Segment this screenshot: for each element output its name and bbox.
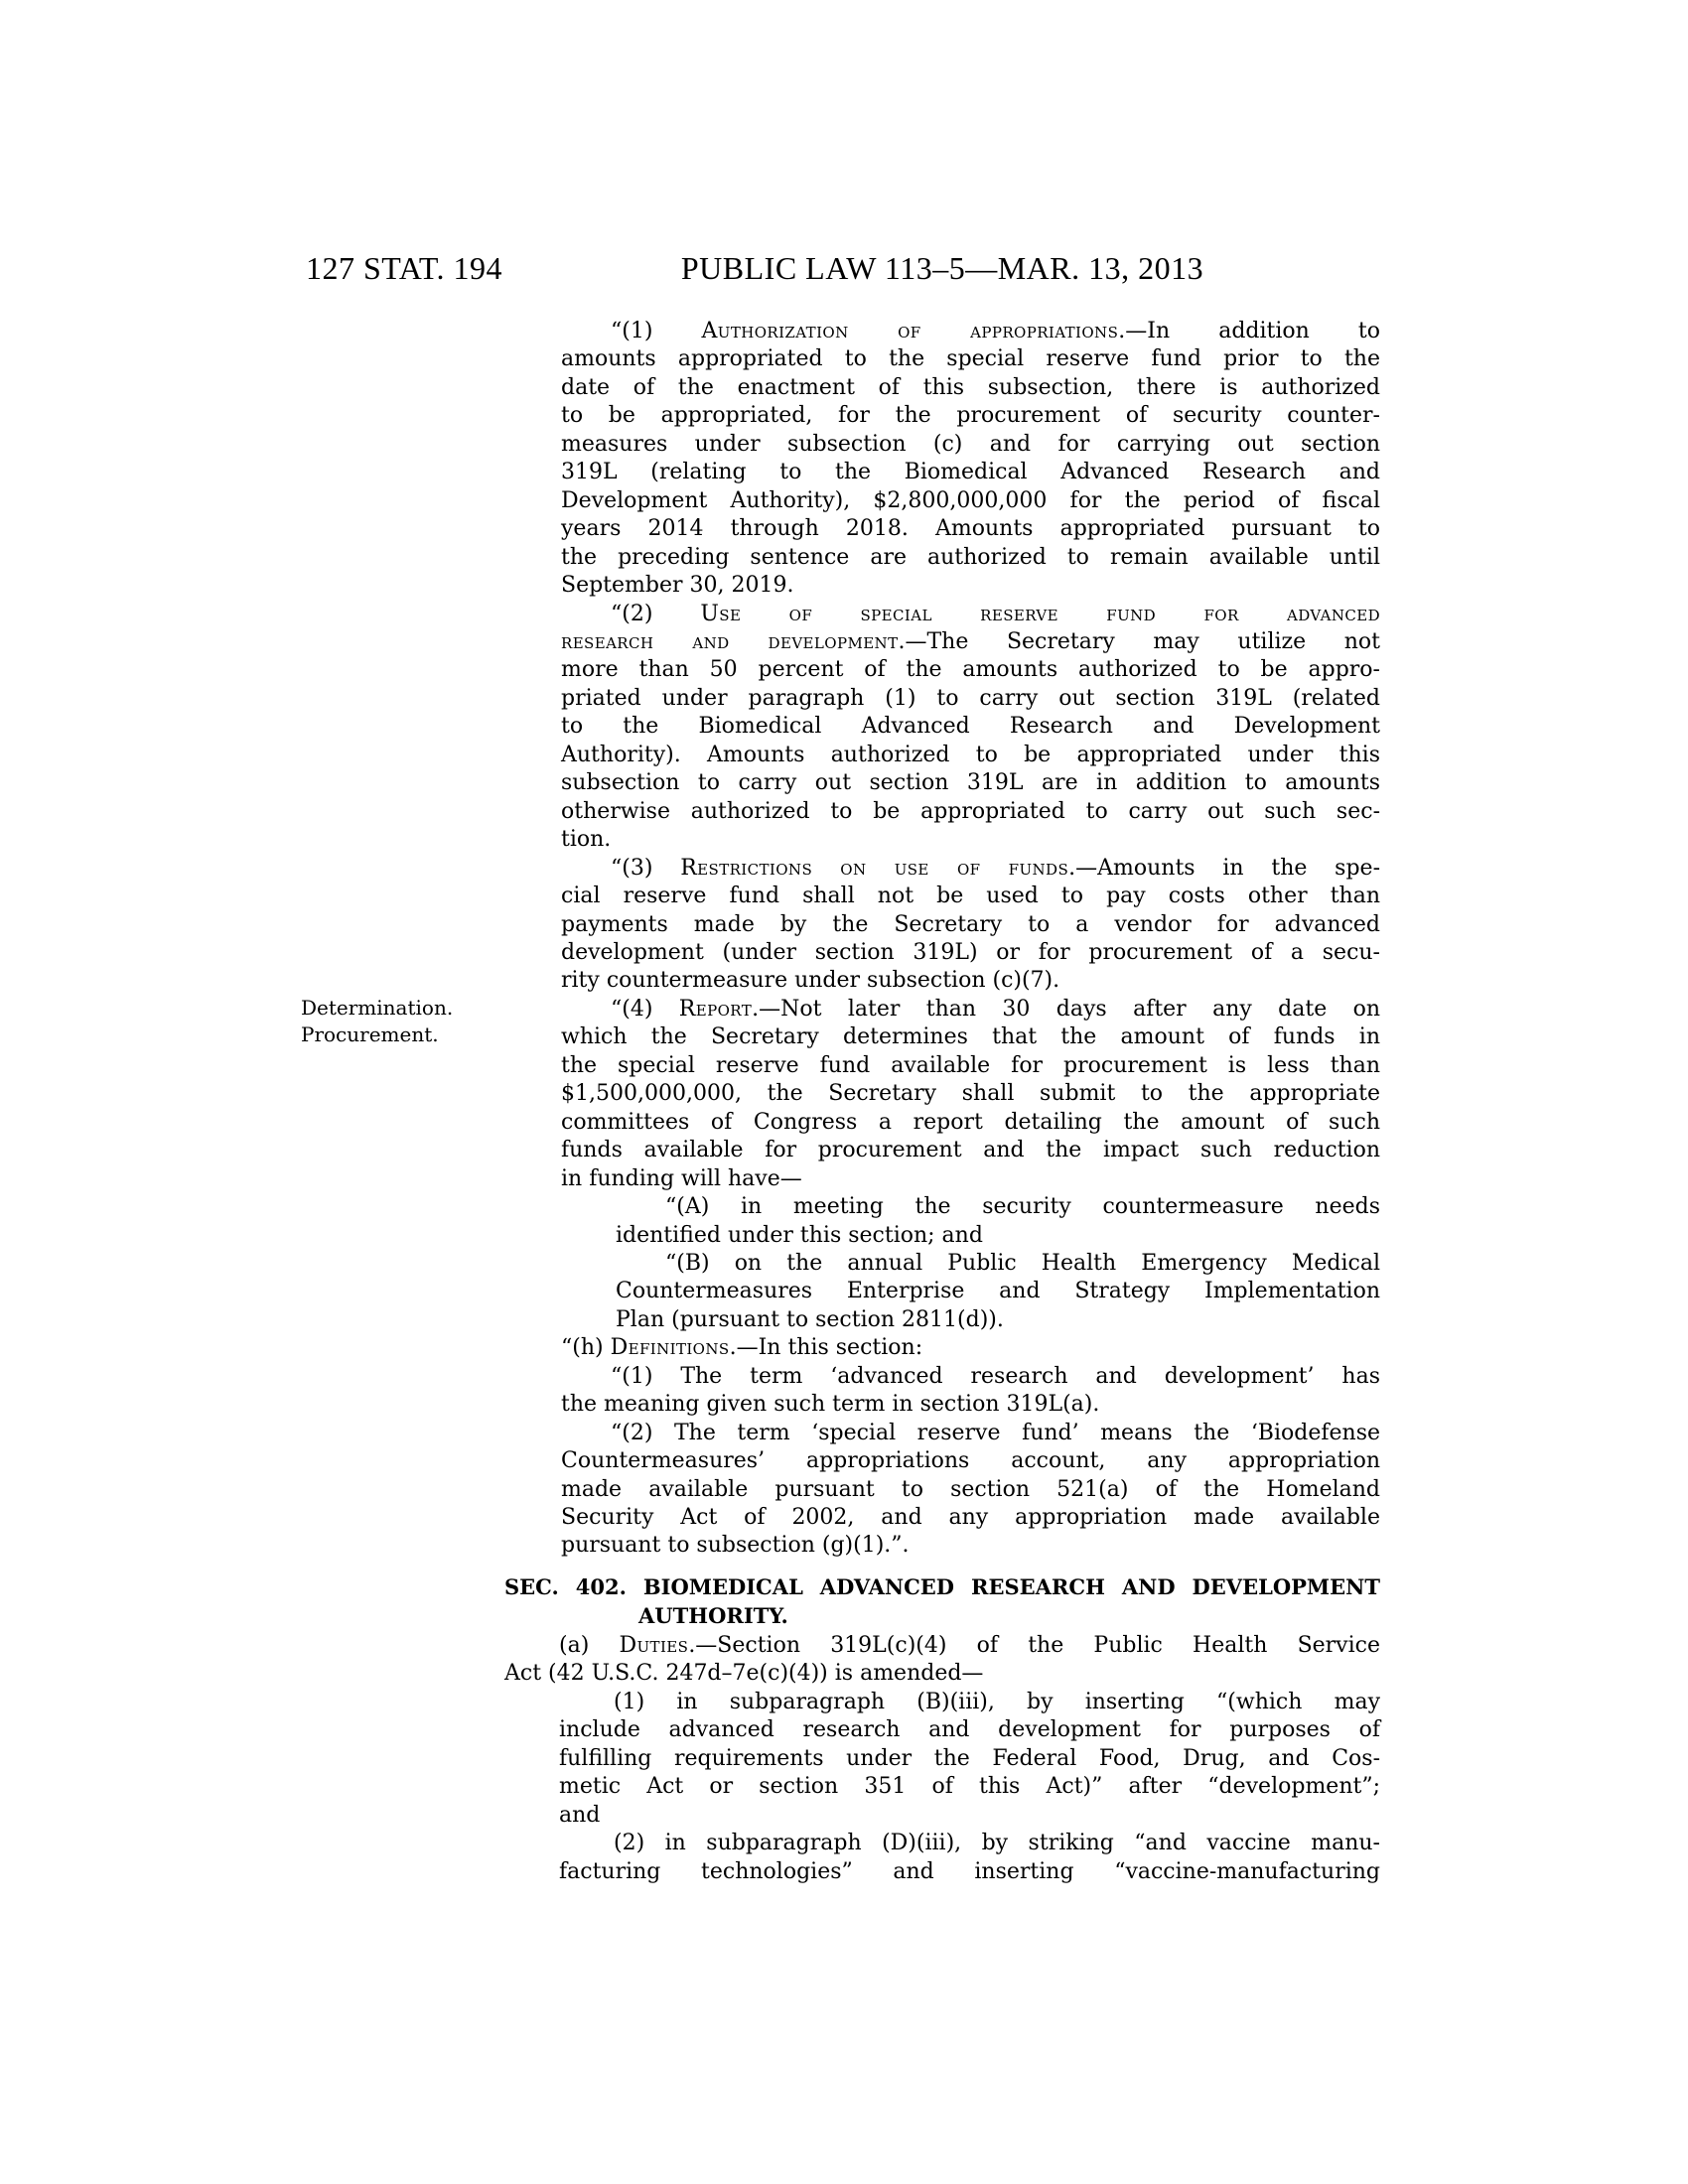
- small-caps-text: Restrictions on use of funds: [680, 856, 1068, 881]
- text-segment: to be appropriated, for the procurement …: [561, 403, 1380, 428]
- text-segment: Plan (pursuant to section 2811(d)).: [616, 1307, 1004, 1332]
- statute-paragraph: “(2) Use of special reserve fund for adv…: [561, 601, 1380, 855]
- text-segment: Countermeasures’ appropriations account,…: [561, 1448, 1380, 1473]
- text-segment: “(4): [611, 997, 679, 1022]
- text-segment: .—In addition to: [1118, 319, 1380, 343]
- statute-paragraph: (2) in subparagraph (D)(iii), by strikin…: [559, 1830, 1380, 1886]
- text-segment: pursuant to subsection (g)(1).”.: [561, 1533, 910, 1558]
- text-segment: “(1): [611, 319, 702, 343]
- text-line: “(1) The term ‘advanced research and dev…: [561, 1363, 1380, 1391]
- text-segment: tion.: [561, 827, 611, 852]
- text-line: Authority). Amounts authorized to be app…: [561, 742, 1380, 769]
- text-segment: Act (42 U.S.C. 247d–7e(c)(4)) is amended…: [504, 1661, 983, 1686]
- text-segment: include advanced research and developmen…: [559, 1717, 1380, 1742]
- text-line: “(A) in meeting the security countermeas…: [616, 1193, 1380, 1221]
- margin-note-line: Determination.: [301, 995, 514, 1022]
- text-line: September 30, 2019.: [561, 572, 1380, 600]
- text-line: amounts appropriated to the special rese…: [561, 345, 1380, 373]
- text-segment: payments made by the Secretary to a vend…: [561, 912, 1380, 937]
- text-line: rity countermeasure under subsection (c)…: [561, 967, 1380, 995]
- statute-paragraph: “(h) Definitions.—In this section:: [561, 1334, 1380, 1362]
- text-line: otherwise authorized to be appropriated …: [561, 798, 1380, 826]
- text-segment: metic Act or section 351 of this Act)” a…: [559, 1774, 1380, 1799]
- small-caps-text: Use of special reserve fund for advanced: [700, 602, 1380, 626]
- text-segment: date of the enactment of this subsection…: [561, 375, 1380, 400]
- text-line: funds available for procurement and the …: [561, 1137, 1380, 1164]
- text-line: priated under paragraph (1) to carry out…: [561, 685, 1380, 713]
- statute-paragraph: “(1) Authorization of appropriations.—In…: [561, 318, 1380, 601]
- text-line: “(2) Use of special reserve fund for adv…: [561, 601, 1380, 628]
- statute-paragraph: “(3) Restrictions on use of funds.—Amoun…: [561, 855, 1380, 996]
- statute-paragraph: “(1) The term ‘advanced research and dev…: [561, 1363, 1380, 1420]
- text-segment: SEC. 402. BIOMEDICAL ADVANCED RESEARCH A…: [504, 1574, 1380, 1599]
- text-segment: (1) in subparagraph (B)(iii), by inserti…: [614, 1690, 1380, 1714]
- text-segment: facturing technologies” and inserting “v…: [559, 1859, 1380, 1884]
- text-segment: cial reserve fund shall not be used to p…: [561, 884, 1380, 908]
- statute-page: 127 STAT. 194 PUBLIC LAW 113–5—MAR. 13, …: [0, 0, 1688, 2184]
- text-line: in funding will have—: [561, 1165, 1380, 1193]
- text-line: cial reserve fund shall not be used to p…: [561, 883, 1380, 910]
- text-line: Security Act of 2002, and any appropriat…: [561, 1504, 1380, 1532]
- text-segment: “(3): [611, 856, 680, 881]
- text-segment: priated under paragraph (1) to carry out…: [561, 686, 1380, 711]
- text-segment: .—Not later than 30 days after any date …: [752, 997, 1380, 1022]
- page-stat-number: 127 STAT. 194: [306, 250, 502, 287]
- text-line: Countermeasures’ appropriations account,…: [561, 1447, 1380, 1475]
- text-line: years 2014 through 2018. Amounts appropr…: [561, 515, 1380, 543]
- text-segment: funds available for procurement and the …: [561, 1138, 1380, 1162]
- text-line: “(1) Authorization of appropriations.—In…: [561, 318, 1380, 345]
- statute-paragraph: “(2) The term ‘special reserve fund’ mea…: [561, 1420, 1380, 1561]
- text-segment: more than 50 percent of the amounts auth…: [561, 657, 1380, 682]
- statute-paragraph: “(A) in meeting the security countermeas…: [616, 1193, 1380, 1250]
- text-segment: AUTHORITY.: [638, 1603, 788, 1628]
- text-segment: .—Section 319L(c)(4) of the Public Healt…: [688, 1633, 1380, 1658]
- text-segment: “(2): [611, 602, 700, 626]
- text-line: Act (42 U.S.C. 247d–7e(c)(4)) is amended…: [504, 1660, 1380, 1688]
- text-segment: .—The Secretary may utilize not: [899, 629, 1381, 654]
- text-line: AUTHORITY.: [504, 1601, 1380, 1630]
- text-line: more than 50 percent of the amounts auth…: [561, 656, 1380, 684]
- statute-text: “(1) Authorization of appropriations.—In…: [504, 318, 1380, 1886]
- text-segment: made available pursuant to section 521(a…: [561, 1477, 1380, 1502]
- statute-paragraph: (1) in subparagraph (B)(iii), by inserti…: [559, 1689, 1380, 1830]
- text-line: the meaning given such term in section 3…: [561, 1391, 1380, 1419]
- small-caps-text: research and development: [561, 629, 899, 654]
- text-line: “(3) Restrictions on use of funds.—Amoun…: [561, 855, 1380, 883]
- text-segment: (2) in subparagraph (D)(iii), by strikin…: [614, 1831, 1380, 1855]
- text-segment: “(B) on the annual Public Health Emergen…: [665, 1251, 1380, 1276]
- text-segment: rity countermeasure under subsection (c)…: [561, 968, 1059, 993]
- text-line: Plan (pursuant to section 2811(d)).: [616, 1306, 1380, 1334]
- text-line: “(4) Report.—Not later than 30 days afte…: [561, 996, 1380, 1024]
- text-line: development (under section 319L) or for …: [561, 939, 1380, 967]
- text-segment: amounts appropriated to the special rese…: [561, 346, 1380, 371]
- text-line: SEC. 402. BIOMEDICAL ADVANCED RESEARCH A…: [504, 1572, 1380, 1601]
- text-line: subsection to carry out section 319L are…: [561, 769, 1380, 797]
- text-segment: 319L (relating to the Biomedical Advance…: [561, 460, 1380, 484]
- margin-note-line: Procurement.: [301, 1022, 514, 1048]
- text-line: to be appropriated, for the procurement …: [561, 402, 1380, 430]
- text-segment: Development Authority), $2,800,000,000 f…: [561, 488, 1380, 513]
- text-line: 319L (relating to the Biomedical Advance…: [561, 459, 1380, 486]
- small-caps-text: Authorization of appropriations: [702, 319, 1119, 343]
- text-segment: and: [559, 1803, 600, 1828]
- text-segment: Authority). Amounts authorized to be app…: [561, 743, 1380, 767]
- text-segment: “(2) The term ‘special reserve fund’ mea…: [611, 1421, 1380, 1445]
- text-segment: years 2014 through 2018. Amounts appropr…: [561, 516, 1380, 541]
- small-caps-text: Report: [679, 997, 752, 1022]
- text-line: pursuant to subsection (g)(1).”.: [561, 1532, 1380, 1560]
- statute-paragraph: “(B) on the annual Public Health Emergen…: [616, 1250, 1380, 1334]
- statute-paragraph: (a) Duties.—Section 319L(c)(4) of the Pu…: [504, 1632, 1380, 1689]
- text-line: include advanced research and developmen…: [559, 1716, 1380, 1744]
- text-line: “(2) The term ‘special reserve fund’ mea…: [561, 1420, 1380, 1447]
- text-segment: in funding will have—: [561, 1166, 802, 1191]
- text-line: (1) in subparagraph (B)(iii), by inserti…: [559, 1689, 1380, 1716]
- text-segment: .—In this section:: [730, 1335, 923, 1360]
- text-segment: $1,500,000,000, the Secretary shall subm…: [561, 1081, 1380, 1106]
- text-segment: measures under subsection (c) and for ca…: [561, 432, 1380, 457]
- text-line: Development Authority), $2,800,000,000 f…: [561, 487, 1380, 515]
- text-segment: otherwise authorized to be appropriated …: [561, 799, 1380, 824]
- text-segment: Security Act of 2002, and any appropriat…: [561, 1505, 1380, 1530]
- text-line: $1,500,000,000, the Secretary shall subm…: [561, 1080, 1380, 1108]
- margin-notes: Determination. Procurement.: [301, 995, 514, 1048]
- text-line: (2) in subparagraph (D)(iii), by strikin…: [559, 1830, 1380, 1857]
- text-line: tion.: [561, 826, 1380, 854]
- text-line: research and development.—The Secretary …: [561, 628, 1380, 656]
- text-line: “(B) on the annual Public Health Emergen…: [616, 1250, 1380, 1278]
- text-segment: committees of Congress a report detailin…: [561, 1110, 1380, 1135]
- text-segment: subsection to carry out section 319L are…: [561, 770, 1380, 795]
- text-segment: Countermeasures Enterprise and Strategy …: [616, 1279, 1380, 1303]
- text-line: measures under subsection (c) and for ca…: [561, 431, 1380, 459]
- text-line: to the Biomedical Advanced Research and …: [561, 713, 1380, 741]
- page-law-title: PUBLIC LAW 113–5—MAR. 13, 2013: [504, 250, 1380, 287]
- section-heading: SEC. 402. BIOMEDICAL ADVANCED RESEARCH A…: [504, 1572, 1380, 1630]
- text-segment: .—Amounts in the spe-: [1068, 856, 1380, 881]
- text-line: facturing technologies” and inserting “v…: [559, 1858, 1380, 1886]
- text-segment: which the Secretary determines that the …: [561, 1024, 1380, 1049]
- text-line: committees of Congress a report detailin…: [561, 1109, 1380, 1137]
- text-line: (a) Duties.—Section 319L(c)(4) of the Pu…: [504, 1632, 1380, 1660]
- small-caps-text: Duties: [619, 1633, 688, 1658]
- text-line: and: [559, 1802, 1380, 1830]
- text-segment: development (under section 319L) or for …: [561, 940, 1380, 965]
- small-caps-text: Definitions: [611, 1335, 730, 1360]
- statute-paragraph: “(4) Report.—Not later than 30 days afte…: [561, 996, 1380, 1193]
- text-segment: “(1) The term ‘advanced research and dev…: [611, 1364, 1380, 1389]
- text-line: Countermeasures Enterprise and Strategy …: [616, 1278, 1380, 1305]
- text-line: the special reserve fund available for p…: [561, 1052, 1380, 1080]
- text-line: fulfilling requirements under the Federa…: [559, 1745, 1380, 1773]
- text-line: payments made by the Secretary to a vend…: [561, 911, 1380, 939]
- text-segment: the meaning given such term in section 3…: [561, 1392, 1099, 1417]
- text-line: metic Act or section 351 of this Act)” a…: [559, 1773, 1380, 1801]
- text-segment: the preceding sentence are authorized to…: [561, 545, 1380, 570]
- text-segment: the special reserve fund available for p…: [561, 1053, 1380, 1078]
- text-segment: September 30, 2019.: [561, 573, 793, 598]
- text-segment: (a): [559, 1633, 619, 1658]
- text-line: date of the enactment of this subsection…: [561, 374, 1380, 402]
- text-segment: to the Biomedical Advanced Research and …: [561, 714, 1380, 739]
- text-segment: “(A) in meeting the security countermeas…: [665, 1194, 1380, 1219]
- text-segment: fulfilling requirements under the Federa…: [559, 1746, 1380, 1771]
- text-line: made available pursuant to section 521(a…: [561, 1476, 1380, 1504]
- text-line: “(h) Definitions.—In this section:: [561, 1334, 1380, 1362]
- text-line: the preceding sentence are authorized to…: [561, 544, 1380, 572]
- text-line: identified under this section; and: [616, 1222, 1380, 1250]
- text-segment: “(h): [561, 1335, 611, 1360]
- text-segment: identified under this section; and: [616, 1223, 983, 1248]
- text-line: which the Secretary determines that the …: [561, 1024, 1380, 1051]
